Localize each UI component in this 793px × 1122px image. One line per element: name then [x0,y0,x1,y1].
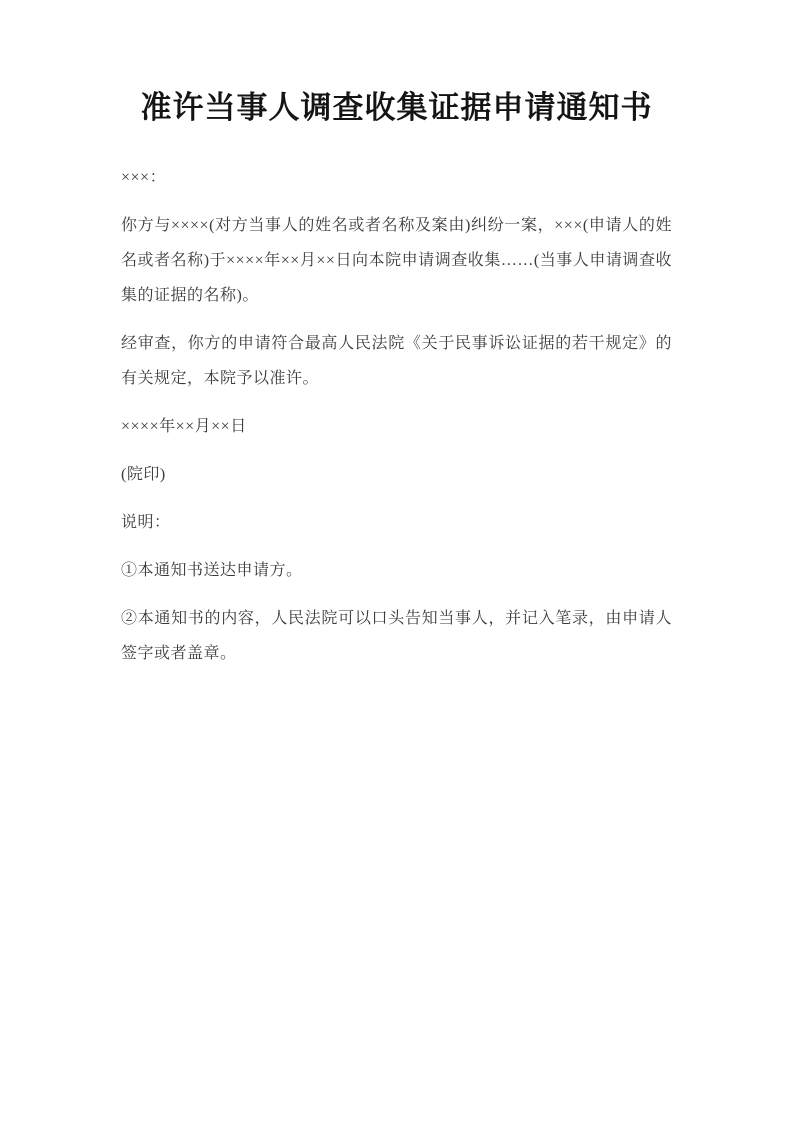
document-page: 准许当事人调查收集证据申请通知书 ×××： 你方与××××(对方当事人的姓名或者… [0,0,793,1122]
notes-label: 说明： [121,505,672,540]
note-item-1: ①本通知书送达申请方。 [121,553,672,588]
body-paragraph-1: 你方与××××(对方当事人的姓名或者名称及案由)纠纷一案，×××(申请人的姓名或… [121,208,672,313]
note-item-2: ②本通知书的内容，人民法院可以口头告知当事人，并记入笔录，由申请人签字或者盖章。 [121,601,672,671]
salutation-line: ×××： [121,160,672,195]
date-line: ××××年××月××日 [121,409,672,444]
body-paragraph-2: 经审查，你方的申请符合最高人民法院《关于民事诉讼证据的若干规定》的有关规定，本院… [121,326,672,396]
document-title: 准许当事人调查收集证据申请通知书 [121,88,672,128]
court-seal-placeholder: (院印) [121,457,672,492]
